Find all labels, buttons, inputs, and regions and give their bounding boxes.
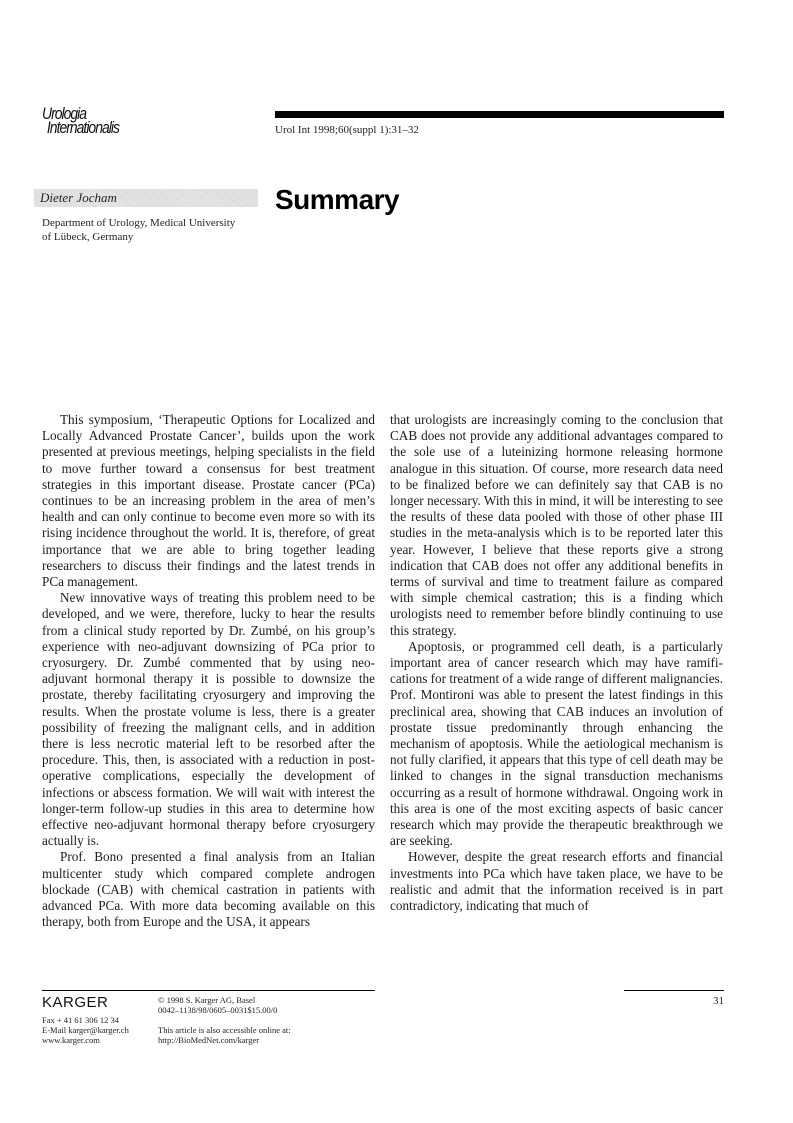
publisher-contact: Fax + 41 61 306 12 34 E-Mail karger@karg… (42, 1015, 129, 1045)
author-name: Dieter Jocham (40, 190, 117, 206)
publisher-logo: KARGER (42, 994, 108, 1011)
website-link[interactable]: www.karger.com (42, 1035, 129, 1045)
body-left-column: This symposium, ‘Therapeutic Options for… (42, 412, 375, 931)
online-access-block: This article is also accessible online a… (158, 1025, 291, 1045)
online-url-link[interactable]: http://BioMedNet.com/karger (158, 1035, 291, 1045)
affiliation-line1: Department of Urology, Medical Universit… (42, 216, 272, 230)
article-title: Summary (275, 184, 399, 216)
footer-rule-right (624, 990, 724, 991)
paragraph: that urologists are increasingly coming … (390, 412, 723, 639)
header-rule (275, 111, 724, 118)
citation: Urol Int 1998;60(suppl 1):31–32 (275, 124, 419, 136)
copyright: © 1998 S. Karger AG, Basel (158, 995, 277, 1005)
paragraph: However, despite the great research effo… (390, 849, 723, 914)
journal-logo: Urologia Internationalis (42, 107, 119, 135)
author-affiliation: Department of Urology, Medical Universit… (42, 216, 272, 244)
body-right-column: that urologists are increasingly coming … (390, 412, 723, 914)
issn: 0042–1138/98/0605–0031$15.00/0 (158, 1005, 277, 1015)
copyright-block: © 1998 S. Karger AG, Basel 0042–1138/98/… (158, 995, 277, 1015)
email: E-Mail karger@karger.ch (42, 1025, 129, 1035)
fax: Fax + 41 61 306 12 34 (42, 1015, 129, 1025)
affiliation-line2: of Lübeck, Germany (42, 230, 272, 244)
paragraph: This symposium, ‘Therapeutic Options for… (42, 412, 375, 590)
paragraph: Prof. Bono presented a final analysis fr… (42, 849, 375, 930)
online-note: This article is also accessible online a… (158, 1025, 291, 1035)
footer-rule-left (42, 990, 375, 991)
paragraph: New innovative ways of treating this pro… (42, 590, 375, 849)
paragraph: Apoptosis, or programmed cell death, is … (390, 639, 723, 850)
journal-logo-line2: Internationalis (42, 121, 119, 135)
page-number: 31 (700, 995, 724, 1007)
